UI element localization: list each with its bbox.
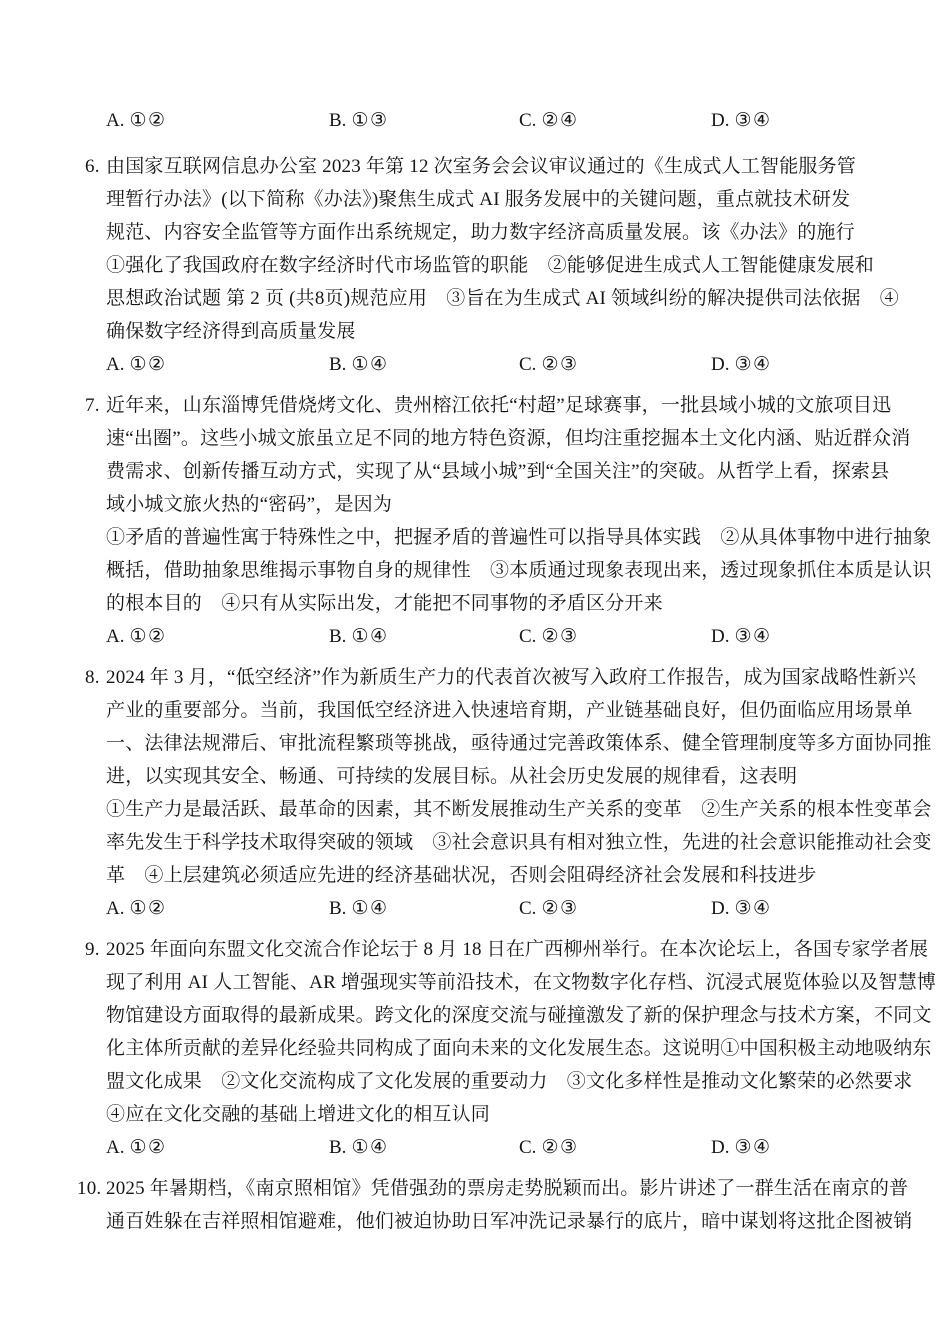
question-line: 域小城文旅火热的“密码”，是因为 (85, 488, 920, 521)
option-label: A. (106, 626, 124, 647)
option-value: ①② (129, 898, 166, 919)
option-value: ①③ (351, 110, 388, 131)
option-label: D. (711, 1137, 729, 1158)
option-value: ①④ (351, 898, 388, 919)
option-value: ①② (129, 354, 166, 375)
question-text: 由国家互联网信息办公室 2023 年第 12 次室务会会议审议通过的《生成式人工… (106, 156, 856, 177)
question-line: ①矛盾的普遍性寓于特殊性之中，把握矛盾的普遍性可以指导具体实践 ②从具体事物中进… (85, 521, 920, 554)
option-label: C. (519, 1137, 536, 1158)
option-value: ②③ (541, 626, 578, 647)
option-item: B.①④ (329, 620, 519, 653)
question-line: 物馆建设方面取得的最新成果。跨文化的深度交流与碰撞激发了新的保护理念与技术方案，… (85, 999, 920, 1032)
question-line: ①强化了我国政府在数字经济时代市场监管的职能 ②能够促进生成式人工智能健康发展和 (85, 249, 920, 282)
question-line: 化主体所贡献的差异化经验共同构成了面向未来的文化发展生态。这说明①中国积极主动地… (85, 1032, 920, 1065)
option-item: B.①③ (329, 104, 519, 137)
option-item: C.②④ (519, 104, 711, 137)
options-row: A.①②B.①④C.②③D.③④ (85, 892, 920, 925)
question-7: 7.近年来，山东淄博凭借烧烤文化、贵州榕江依托“村超”足球赛事，一批县域小城的文… (85, 389, 920, 653)
question-line: 费需求、创新传播互动方式，实现了从“县域小城”到“全国关注”的突破。从哲学上看，… (85, 455, 920, 488)
option-item: C.②③ (519, 620, 711, 653)
question-line: 10.2025 年暑期档，《南京照相馆》凭借强劲的票房走势脱颖而出。影片讲述了一… (85, 1172, 920, 1205)
question-10: 10.2025 年暑期档，《南京照相馆》凭借强劲的票房走势脱颖而出。影片讲述了一… (85, 1172, 920, 1238)
option-value: ③④ (734, 898, 771, 919)
question-line: 9.2025 年面向东盟文化交流合作论坛于 8 月 18 日在广西柳州举行。在本… (85, 933, 920, 966)
option-label: D. (711, 898, 729, 919)
options-row: A.①②B.①④C.②③D.③④ (85, 620, 920, 653)
option-item: A.①② (106, 348, 329, 381)
option-value: ①② (129, 110, 166, 131)
option-value: ①④ (351, 626, 388, 647)
question-line: 理暂行办法》(以下简称《办法》)聚焦生成式 AI 服务发展中的关键问题，重点就技… (85, 183, 920, 216)
option-value: ③④ (734, 1137, 771, 1158)
question-line: 革 ④上层建筑必须适应先进的经济基础状况，否则会阻碍经济社会发展和科技进步 (85, 859, 920, 892)
question-text: 2025 年暑期档，《南京照相馆》凭借强劲的票房走势脱颖而出。影片讲述了一群生活… (106, 1178, 908, 1199)
question-line: 通百姓躲在吉祥照相馆避难，他们被迫协助日军冲洗记录暴行的底片，暗中谋划将这批企图… (85, 1205, 920, 1238)
option-label: B. (329, 898, 346, 919)
question-line: 思想政治试题 第 2 页 (共8页)规范应用 ③旨在为生成式 AI 领域纠纷的解… (85, 282, 920, 315)
question-number: 7. (85, 389, 106, 422)
option-label: A. (106, 110, 124, 131)
option-value: ③④ (734, 110, 771, 131)
question-line: ④应在文化交融的基础上增进文化的相互认同 (85, 1098, 920, 1131)
option-label: D. (711, 110, 729, 131)
option-label: D. (711, 626, 729, 647)
option-value: ③④ (734, 354, 771, 375)
option-item: A.①② (106, 892, 329, 925)
orphan-options-row: A.①②B.①③C.②④D.③④ (85, 104, 920, 137)
option-value: ①④ (351, 1137, 388, 1158)
option-item: A.①② (106, 1131, 329, 1164)
question-line: ①生产力是最活跃、最革命的因素，其不断发展推动生产关系的变革 ②生产关系的根本性… (85, 793, 920, 826)
question-number: 6. (85, 150, 106, 183)
options-row: A.①②B.①④C.②③D.③④ (85, 348, 920, 381)
option-label: B. (329, 110, 346, 131)
question-line: 速“出圈”。这些小城文旅虽立足不同的地方特色资源，但均注重挖掘本土文化内涵、贴近… (85, 422, 920, 455)
question-line: 7.近年来，山东淄博凭借烧烤文化、贵州榕江依托“村超”足球赛事，一批县域小城的文… (85, 389, 920, 422)
question-line: 一、法律法规滞后、审批流程繁琐等挑战，亟待通过完善政策体系、健全管理制度等多方面… (85, 727, 920, 760)
option-value: ②③ (541, 898, 578, 919)
question-line: 概括，借助抽象思维揭示事物自身的规律性 ③本质通过现象表现出来，透过现象抓住本质… (85, 554, 920, 587)
option-label: B. (329, 1137, 346, 1158)
option-item: C.②③ (519, 348, 711, 381)
option-label: C. (519, 898, 536, 919)
option-value: ③④ (734, 626, 771, 647)
option-item: D.③④ (711, 620, 772, 653)
option-item: D.③④ (711, 892, 772, 925)
option-item: B.①④ (329, 892, 519, 925)
question-text: 2025 年面向东盟文化交流合作论坛于 8 月 18 日在广西柳州举行。在本次论… (106, 939, 928, 960)
option-item: A.①② (106, 104, 329, 137)
question-line: 率先发生于科学技术取得突破的领域 ③社会意识具有相对独立性，先进的社会意识能推动… (85, 826, 920, 859)
question-8: 8.2024 年 3 月，“低空经济”作为新质生产力的代表首次被写入政府工作报告… (85, 661, 920, 925)
option-label: B. (329, 354, 346, 375)
question-text: 近年来，山东淄博凭借烧烤文化、贵州榕江依托“村超”足球赛事，一批县域小城的文旅项… (106, 395, 891, 416)
question-number: 8. (85, 661, 106, 694)
option-label: A. (106, 354, 124, 375)
options-row: A.①②B.①④C.②③D.③④ (85, 1131, 920, 1164)
question-number: 10. (77, 1172, 106, 1205)
option-item: D.③④ (711, 104, 772, 137)
question-line: 8.2024 年 3 月，“低空经济”作为新质生产力的代表首次被写入政府工作报告… (85, 661, 920, 694)
option-label: C. (519, 354, 536, 375)
option-item: D.③④ (711, 348, 772, 381)
question-6: 6.由国家互联网信息办公室 2023 年第 12 次室务会会议审议通过的《生成式… (85, 150, 920, 381)
question-line: 的根本目的 ④只有从实际出发，才能把不同事物的矛盾区分开来 (85, 587, 920, 620)
option-item: A.①② (106, 620, 329, 653)
option-label: D. (711, 354, 729, 375)
option-value: ①② (129, 626, 166, 647)
option-item: B.①④ (329, 348, 519, 381)
exam-page: A.①②B.①③C.②④D.③④6.由国家互联网信息办公室 2023 年第 12… (0, 0, 950, 1344)
question-text: 2024 年 3 月，“低空经济”作为新质生产力的代表首次被写入政府工作报告，成… (106, 667, 916, 688)
option-item: D.③④ (711, 1131, 772, 1164)
option-value: ①④ (351, 354, 388, 375)
question-line: 进，以实现其安全、畅通、可持续的发展目标。从社会历史发展的规律看，这表明 (85, 760, 920, 793)
question-9: 9.2025 年面向东盟文化交流合作论坛于 8 月 18 日在广西柳州举行。在本… (85, 933, 920, 1164)
question-line: 产业的重要部分。当前，我国低空经济进入快速培育期，产业链基础良好，但仍面临应用场… (85, 694, 920, 727)
option-value: ②④ (541, 110, 578, 131)
option-item: B.①④ (329, 1131, 519, 1164)
option-label: A. (106, 1137, 124, 1158)
option-label: B. (329, 626, 346, 647)
option-value: ②③ (541, 1137, 578, 1158)
option-label: C. (519, 110, 536, 131)
question-line: 6.由国家互联网信息办公室 2023 年第 12 次室务会会议审议通过的《生成式… (85, 150, 920, 183)
option-item: C.②③ (519, 892, 711, 925)
question-line: 现了利用 AI 人工智能、AR 增强现实等前沿技术，在文物数字化存档、沉浸式展览… (85, 966, 920, 999)
question-line: 规范、内容安全监管等方面作出系统规定，助力数字经济高质量发展。该《办法》的施行 (85, 216, 920, 249)
question-line: 确保数字经济得到高质量发展 (85, 315, 920, 348)
option-item: C.②③ (519, 1131, 711, 1164)
question-line: 盟文化成果 ②文化交流构成了文化发展的重要动力 ③文化多样性是推动文化繁荣的必然… (85, 1065, 920, 1098)
question-number: 9. (85, 933, 106, 966)
option-value: ②③ (541, 354, 578, 375)
option-label: A. (106, 898, 124, 919)
option-value: ①② (129, 1137, 166, 1158)
option-label: C. (519, 626, 536, 647)
